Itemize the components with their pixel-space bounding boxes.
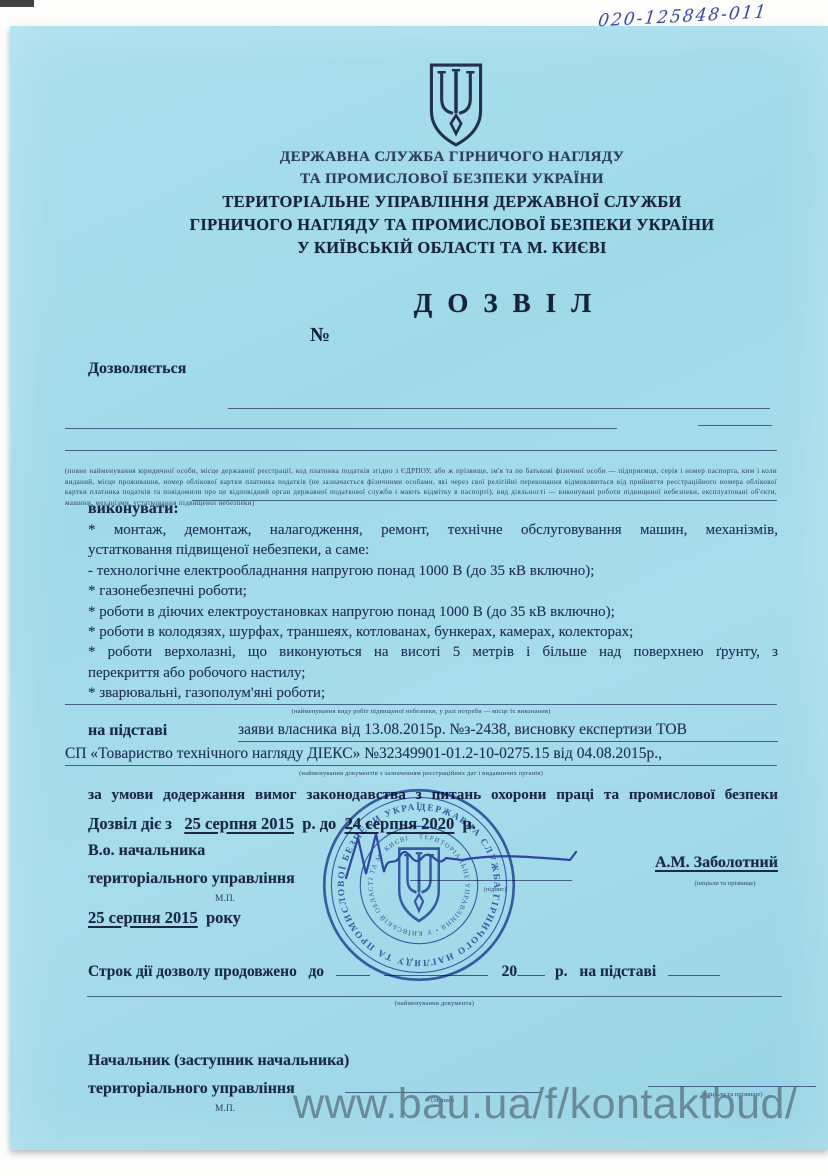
- work-item: - технологічне електрообладнання напруго…: [88, 561, 778, 581]
- basis-label: на підставі: [88, 722, 167, 740]
- validity-label: Дозвіл діє з: [88, 814, 172, 833]
- permit-paper-sheet: ДЕРЖАВНА СЛУЖБА ГІРНИЧОГО НАГЛЯДУ ТА ПРО…: [10, 26, 828, 1150]
- blank-line-company-2b: [698, 425, 772, 426]
- agency-name-line2: ТА ПРОМИСЛОВОЇ БЕЗПЕКИ УКРАЇНИ: [74, 168, 828, 190]
- extension-basis-label: на підставі: [579, 963, 656, 980]
- chief-title-line1: Начальник (заступник начальника): [88, 1052, 349, 1070]
- allowed-label: Дозволяється: [88, 360, 186, 378]
- scan-edge-artifact: [0, 0, 34, 7]
- blank-line-company-3: [65, 450, 777, 451]
- work-item: * роботи в колодязях, шурфах, траншеях, …: [88, 622, 778, 642]
- territorial-office-line1: ТЕРИТОРІАЛЬНЕ УПРАВЛІННЯ ДЕРЖАВНОЇ СЛУЖБ…: [74, 190, 828, 213]
- agency-name-line1: ДЕРЖАВНА СЛУЖБА ГІРНИЧОГО НАГЛЯДУ: [74, 146, 828, 168]
- extension-label: Строк дії дозволу продовжено: [88, 963, 297, 980]
- work-item: * газонебезпечні роботи;: [88, 581, 778, 601]
- extension-year-suffix: р.: [555, 963, 568, 980]
- works-bottom-rule: [65, 704, 777, 705]
- basis-caption: (найменування документів з зазначенням р…: [65, 770, 777, 777]
- extension-doc-caption: (найменування документа): [87, 1000, 782, 1007]
- basis-value-line1: заяви власника від 13.08.2015р. №з-2438,…: [238, 721, 778, 742]
- document-title: ДОЗВІЛ: [160, 288, 828, 319]
- works-caption: (найменування виду робіт підвищеної небе…: [65, 708, 777, 715]
- work-item: * роботи в діючих електроустановках напр…: [88, 602, 778, 622]
- extension-doc-line: [87, 996, 782, 997]
- chief-title-line2: територіального управління: [88, 1080, 295, 1098]
- perform-trailing-line: [192, 500, 777, 501]
- signing-date: 25 серпня 2015: [88, 908, 198, 927]
- basis-value-line2: СП «Товариство технічного нагляду ДІЕКС»…: [65, 745, 777, 766]
- work-item: * роботи верхолазні, що виконуються на в…: [88, 642, 778, 662]
- hazardous-works-list: * монтаж, демонтаж, налагодження, ремонт…: [88, 520, 778, 704]
- seal-place-abbr: М.П.: [215, 894, 235, 904]
- work-item: * монтаж, демонтаж, налагодження, ремонт…: [88, 520, 778, 540]
- blank-line-company-1: [228, 408, 770, 409]
- blank-line-company-2: [65, 428, 617, 429]
- document-number-label: №: [310, 324, 330, 347]
- signing-date-suffix: року: [206, 908, 241, 927]
- official-title-line2: територіального управління: [88, 870, 295, 888]
- official-title-line1: В.о. начальника: [88, 842, 205, 860]
- letterhead: ДЕРЖАВНА СЛУЖБА ГІРНИЧОГО НАГЛЯДУ ТА ПРО…: [74, 146, 828, 259]
- scanned-permit-document: 020-125848-011 ДЕРЖАВНА СЛУЖБА ГІРНИЧОГО…: [0, 0, 828, 1176]
- territorial-office-line2: ГІРНИЧОГО НАГЛЯДУ ТА ПРОМИСЛОВОЇ БЕЗПЕКИ…: [74, 213, 828, 236]
- signing-date-line: 25 серпня 2015 року: [88, 908, 241, 928]
- ukraine-trident-emblem-icon: [424, 62, 488, 148]
- territorial-office-line3: У КИЇВСЬКІЙ ОБЛАСТІ ТА М. КИЄВІ: [74, 236, 828, 259]
- work-item: перекриття або робочого настилу;: [88, 663, 778, 683]
- site-watermark: www.bau.ua/f/kontaktbud/: [293, 1080, 828, 1129]
- valid-from-date: 25 серпня 2015: [184, 814, 294, 833]
- work-item: * зварювальні, газополум'яні роботи;: [88, 683, 778, 703]
- official-name: А.М. Заболотний: [655, 854, 778, 872]
- work-item: устатковання підвищеної небезпеки, а сам…: [88, 540, 778, 560]
- extension-basis-blank: [668, 962, 720, 976]
- perform-label: виконувати:: [88, 500, 179, 518]
- official-name-caption: (ініціали та прізвище): [655, 880, 795, 887]
- footer-seal-place-abbr: М.П.: [215, 1104, 235, 1114]
- handwritten-signature: [332, 820, 582, 894]
